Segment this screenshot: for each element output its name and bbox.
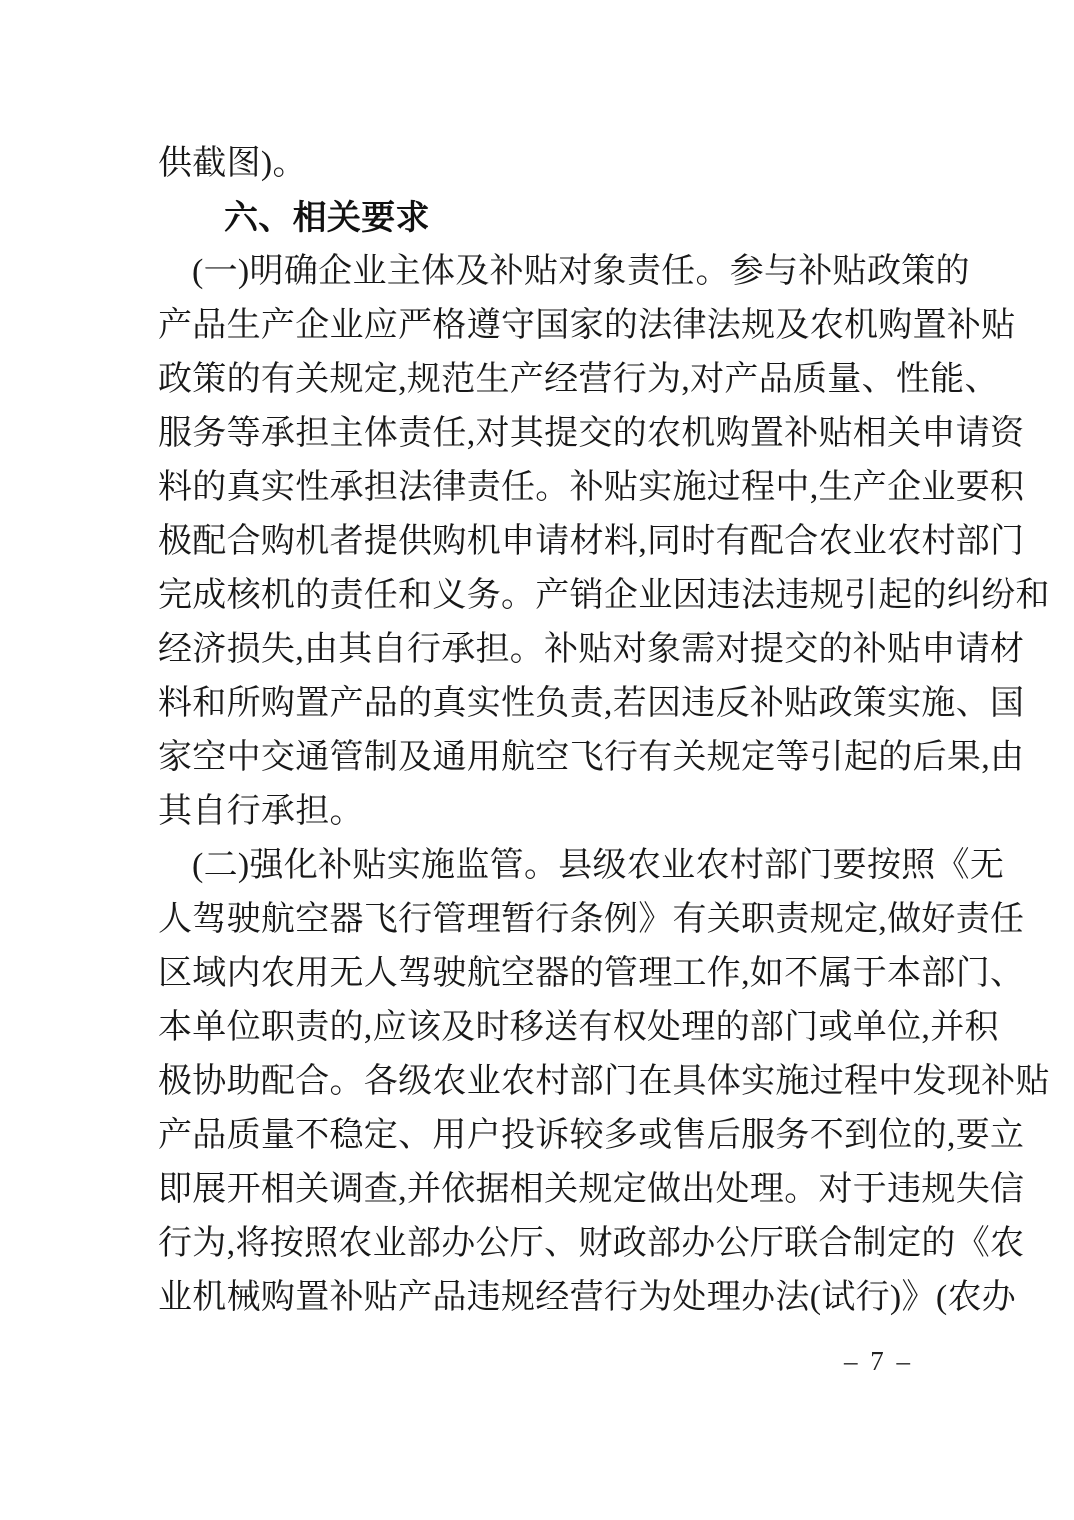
text-line: 人驾驶航空器飞行管理暂行条例》有关职责规定,做好责任: [158, 893, 920, 947]
text-line: 经济损失,由其自行承担。补贴对象需对提交的补贴申请材: [158, 623, 920, 677]
text-line: 料的真实性承担法律责任。补贴实施过程中,生产企业要积: [158, 461, 920, 515]
section-heading: 六、相关要求: [158, 191, 920, 245]
text-line: 区域内农用无人驾驶航空器的管理工作,如不属于本部门、: [158, 947, 920, 1001]
page-number: – 7 –: [844, 1346, 913, 1377]
text-line: 完成核机的责任和义务。产销企业因违法违规引起的纠纷和: [158, 569, 920, 623]
text-line: 即展开相关调查,并依据相关规定做出处理。对于违规失信: [158, 1163, 920, 1217]
text-line: 本单位职责的,应该及时移送有权处理的部门或单位,并积: [158, 1001, 920, 1055]
document-page: 供截图)。六、相关要求(一)明确企业主体及补贴对象责任。参与补贴政策的产品生产企…: [158, 137, 920, 1325]
text-line: 供截图)。: [158, 137, 920, 191]
text-line: 料和所购置产品的真实性负责,若因违反补贴政策实施、国: [158, 677, 920, 731]
text-line: 产品生产企业应严格遵守国家的法律法规及农机购置补贴: [158, 299, 920, 353]
text-line: 家空中交通管制及通用航空飞行有关规定等引起的后果,由: [158, 731, 920, 785]
text-line: 其自行承担。: [158, 785, 920, 839]
text-line: (一)明确企业主体及补贴对象责任。参与补贴政策的: [158, 245, 920, 299]
text-line: 政策的有关规定,规范生产经营行为,对产品质量、性能、: [158, 353, 920, 407]
text-line: 产品质量不稳定、用户投诉较多或售后服务不到位的,要立: [158, 1109, 920, 1163]
text-line: 服务等承担主体责任,对其提交的农机购置补贴相关申请资: [158, 407, 920, 461]
text-line: 极配合购机者提供购机申请材料,同时有配合农业农村部门: [158, 515, 920, 569]
text-line: 极协助配合。各级农业农村部门在具体实施过程中发现补贴: [158, 1055, 920, 1109]
text-line: 业机械购置补贴产品违规经营行为处理办法(试行)》(农办: [158, 1271, 920, 1325]
text-line: 行为,将按照农业部办公厅、财政部办公厅联合制定的《农: [158, 1217, 920, 1271]
text-line: (二)强化补贴实施监管。县级农业农村部门要按照《无: [158, 839, 920, 893]
